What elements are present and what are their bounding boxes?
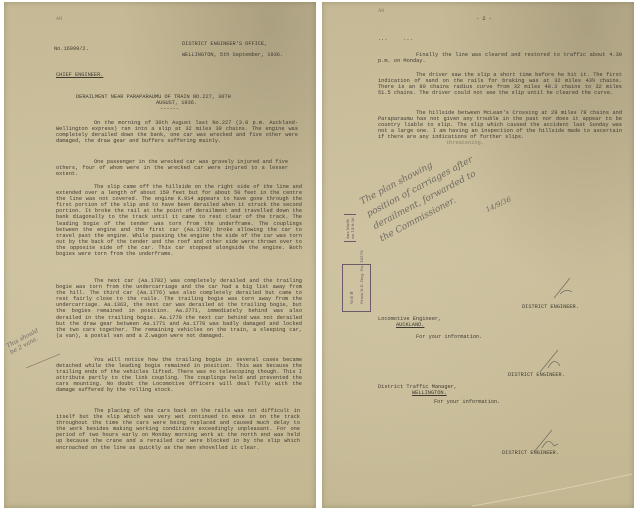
paragraph-3: The hillside between McLean's Crossing a… bbox=[378, 110, 622, 140]
handwritten-note: The plan showing position of carriages a… bbox=[358, 141, 489, 246]
stamp-line-2: From D.E. Reg. No. 18579 bbox=[359, 250, 364, 304]
paragraph-5: You will notice how the trailing bogie i… bbox=[56, 357, 302, 394]
paragraph-1: Finally the line was cleared and restore… bbox=[378, 52, 622, 64]
paragraph-1: On the morning of 30th August last No.22… bbox=[56, 120, 298, 144]
received-stamp-vertical: Ans Made on 14-9-36 bbox=[344, 214, 356, 242]
paragraph-2: The driver saw the slip a short time bef… bbox=[378, 72, 622, 96]
signature-label-1: DISTRICT ENGINEER. bbox=[522, 304, 579, 310]
subject-line-1: DERAILMENT NEAR PARAPARAUMU OF TRAIN NO.… bbox=[76, 94, 231, 100]
continuation-marks: ... ... bbox=[378, 36, 413, 42]
signature-label-2: DISTRICT ENGINEER. bbox=[508, 372, 565, 378]
office-date: WELLINGTON, 5th September, 1936. bbox=[182, 52, 283, 58]
routing-1-city: AUCKLAND. bbox=[396, 322, 424, 328]
corner-mark: AN bbox=[378, 8, 384, 14]
signature-2 bbox=[538, 346, 564, 374]
paragraph-6: The placing of the cars back on the rail… bbox=[56, 408, 300, 451]
registry-stamp-box: Wd/ ff From D.E. Reg. No. 18579 bbox=[342, 264, 371, 312]
paragraph-3: The slip came off the hillside on the ri… bbox=[56, 184, 302, 257]
paragraph-2: One passenger in the wrecked car was gra… bbox=[56, 159, 288, 177]
handwritten-date: 14/9/36 bbox=[485, 195, 513, 214]
signature-label-3: DISTRICT ENGINEER. bbox=[502, 450, 559, 456]
routing-2-city: WELLINGTON. bbox=[412, 390, 447, 396]
reference-number: No.16999/2. bbox=[54, 46, 89, 52]
paper-fold-crease bbox=[472, 472, 632, 508]
margin-pencil-line bbox=[24, 352, 64, 372]
routing-1-note: For your information. bbox=[416, 334, 482, 340]
subject-rule: ------ bbox=[160, 106, 179, 112]
document-page-2: AN - 2 - ... ... Finally the line was cl… bbox=[322, 2, 634, 508]
corner-mark: AN bbox=[56, 16, 62, 22]
routing-2-note: For your information. bbox=[434, 399, 500, 405]
office-heading: DISTRICT ENGINEER'S OFFICE, bbox=[182, 41, 267, 47]
page-number: - 2 - bbox=[476, 16, 492, 22]
paragraph-4: The next car (Aa.1782) was completely de… bbox=[56, 278, 302, 339]
signature-1 bbox=[552, 274, 576, 300]
stamp-line-1: Wd/ ff bbox=[349, 292, 354, 304]
document-page-1: AN No.16999/2. DISTRICT ENGINEER'S OFFIC… bbox=[4, 2, 316, 508]
addressee: CHIEF ENGINEER. bbox=[56, 72, 103, 78]
